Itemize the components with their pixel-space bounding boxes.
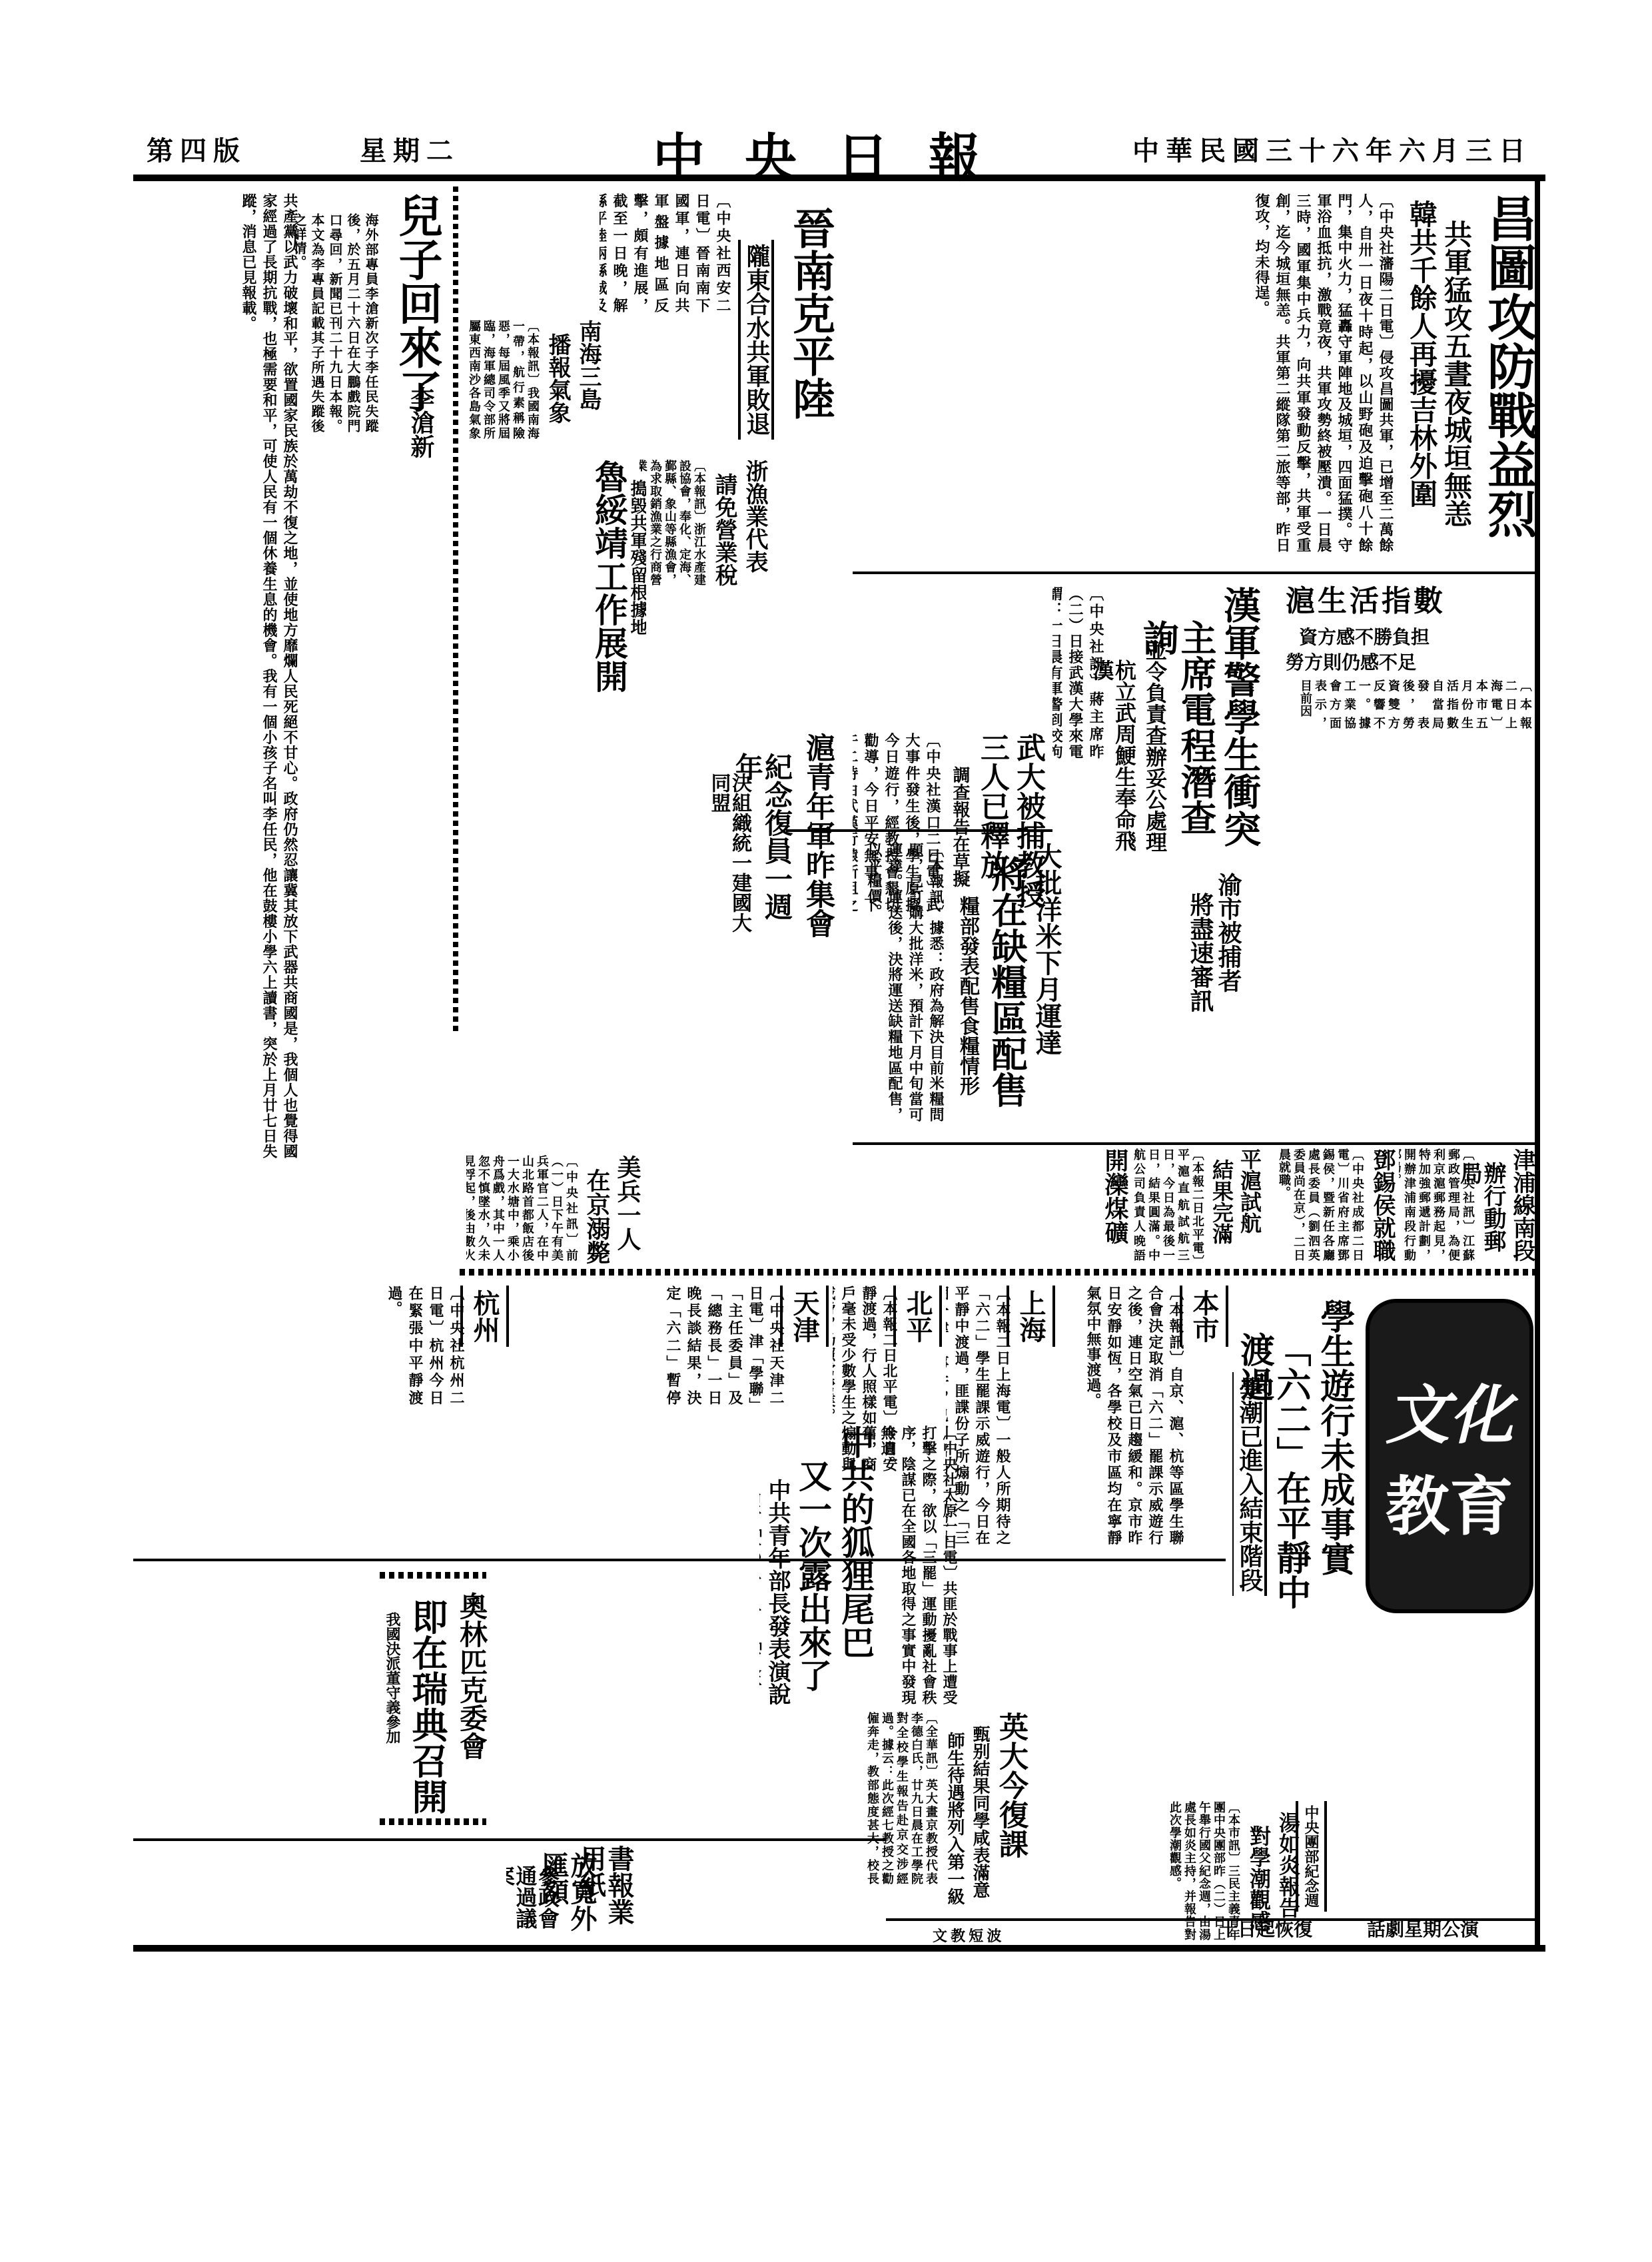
article-kailuan: 開灤煤礦 bbox=[1092, 1146, 1132, 1266]
article-body: 〔中央社成都二日電〕川省府主席鄧錫侯，暨新任各廳處長委員（劉泗英委員尚在京），二… bbox=[1266, 1148, 1364, 1262]
subheadline: 又一次露出來了 bbox=[795, 1459, 831, 1692]
city-body: 〔中央社杭州二日電〕杭州今日在緊張中平靜渡過。 bbox=[373, 1286, 466, 1405]
subheadline: 決組織統一建國大同盟 bbox=[708, 773, 750, 946]
subheadline: 我國決派董守義參加 bbox=[384, 1612, 400, 1744]
article-body: 〔本報二日北平電〕平滬直航試航三日，今日為最後一日，結果圓滿。中航公司負責人晚語… bbox=[1132, 1148, 1204, 1262]
article-jinnan: 晉南克平陸 隴東合水共軍敗退 〔中央社西安二日電〕晉南南下國軍，連日向共軍盤據地… bbox=[600, 187, 853, 446]
short-news-label: 文 bbox=[933, 1928, 947, 1945]
article-hankou-clash: 漢軍警學生衝突 主席電程潛查詢 並令負責查辦妥公處理 杭立武周鯁生奉命飛漢 〔中… bbox=[1052, 579, 1266, 866]
headline: 美兵一人 bbox=[614, 1155, 639, 1251]
article-nanhai: 南海三島 播報氣象 〔本報訊〕我國南海一帶，航行素稱險惡，每屆風季又將屆臨，海軍… bbox=[466, 313, 606, 446]
city-body: 〔中央社天津二日電〕津「學聯」「主任委員」及「總務長」一日晚長談結果，決定「六二… bbox=[666, 1286, 786, 1405]
city-body: 〔本報訊〕自京、滬、杭等區學生聯合會決定取消「六二」罷課示威遊行之後，連日空氣已… bbox=[1059, 1286, 1186, 1545]
article-chongqing: 渝市被捕者 將盡速審訊 bbox=[1186, 866, 1246, 1066]
headline: 英大今復課 bbox=[995, 1712, 1026, 1858]
article-body: 〔中央社西安二日電〕晉南南下國軍，連日向共軍盤據地區反擊，頗有進展，截至一日晚，… bbox=[600, 193, 733, 313]
headline: 昌圖攻防戰益烈 bbox=[1481, 193, 1533, 566]
subheadline: 學潮已進入結束階段 bbox=[1232, 1372, 1267, 1596]
article-short-news: 文 教 短 波 bbox=[933, 1925, 1013, 1945]
article-olympic: 奧林匹克委會 即在瑞典召開 我國決派董守義參加 bbox=[373, 1565, 493, 1832]
headline: 南海三島 bbox=[576, 320, 600, 410]
subheadline: 並令負責查辦妥公處理 bbox=[1143, 639, 1166, 853]
subheadline: 共軍猛攻五晝夜城垣無恙 bbox=[1442, 220, 1471, 528]
subheadline: 勞方則仍感不足 bbox=[1286, 653, 1416, 672]
article-intro: 海外部專員李滄新次子李任民失蹤後，於五月二十六日在大鵬戲院門口尋回，新聞已刊二十… bbox=[306, 213, 380, 433]
subheadline: 參政會通過議案 bbox=[506, 1865, 558, 1945]
subheadline: 隴東合水共軍敗退 bbox=[738, 240, 774, 440]
decorative-border bbox=[460, 1269, 1539, 1276]
headline: 大批洋米下月運達 bbox=[1032, 843, 1060, 1056]
article-us-soldier: 美兵一人 在京溺斃 〔中央社訊〕前（一）日下午有美兵軍官二人，在中山北路首都飯店… bbox=[466, 1152, 719, 1266]
article-zhejiang-fishery: 浙漁業代表 請免營業稅 〔本報訊〕浙江水產建設協會，奉化、定海、鄞縣、象山等縣漁… bbox=[639, 453, 773, 593]
article-youth-army: 滬青年軍昨集會 紀念復員一週年 決組織統一建國大同盟 bbox=[699, 726, 839, 946]
subheadline: 將盡速審訊 bbox=[1187, 893, 1212, 1012]
article-body: 〔本報訊〕我國南海一帶，航行素稱險惡，每屆風季又將屆臨，海軍總司令部所屬東西南沙… bbox=[466, 320, 540, 440]
headline: 中共的狐狸尾巴 bbox=[838, 1425, 873, 1659]
subheadline: 師生待遇將列入第一級 bbox=[945, 1732, 963, 1905]
subheadline: 甄别結果同學咸表滿意 bbox=[971, 1725, 989, 1898]
decorative-border bbox=[380, 1818, 486, 1825]
article-shandong: 魯綏靖工作展開 搗毀共軍殘留根據地 bbox=[586, 453, 646, 706]
page-border-bottom bbox=[133, 1945, 1545, 1952]
city-report-beijing-local: 本市 〔本報訊〕自京、滬、杭等區學生聯合會決定取消「六二」罷課示威遊行之後，連日… bbox=[1059, 1279, 1232, 1552]
article-body: 〔本報訊〕浙江水產建設協會，奉化、定海、鄞縣、象山等縣漁會，為求取銷漁業之行商營… bbox=[639, 460, 706, 586]
decorative-border bbox=[380, 1572, 486, 1579]
section-logo-top: 文化 bbox=[1386, 1365, 1513, 1456]
article-shanghai-index: 滬生活指數 資方感不勝負担 勞方則仍感不足 〔本報二日上海電〕本市五月份生活指數… bbox=[1266, 579, 1539, 733]
divider bbox=[853, 571, 1539, 574]
short-news-label: 教 bbox=[951, 1928, 965, 1945]
headline: 鄧錫侯就職 bbox=[1370, 1148, 1394, 1262]
masthead: 第四版 星期二 中央日報 中華民國三十六年六月三日 bbox=[147, 123, 1532, 177]
article-deng-xihou: 鄧錫侯就職 〔中央社成都二日電〕川省府主席鄧錫侯，暨新任各廳處長委員（劉泗英委員… bbox=[1266, 1146, 1399, 1266]
city-label: 杭州 bbox=[460, 1286, 509, 1347]
article-son-returned: 兒子回來了 李滄新 海外部專員李滄新次子李任民失蹤後，於五月二十六日在大鵬戲院門… bbox=[133, 187, 446, 1186]
city-report-tianjin: 天津 〔中央社天津二日電〕津「學聯」「主任委員」及「總務長」一日晚長談結果，決定… bbox=[666, 1279, 833, 1412]
subheadline: 即在瑞典召開 bbox=[408, 1599, 446, 1814]
headline: 浙漁業代表 bbox=[742, 460, 766, 573]
article-ccp-fox: 中共的狐狸尾巴 又一次露出來了 中共青年部長發表演說 望「六二」有「更好表現」 … bbox=[759, 1419, 959, 1712]
article-body: 〔中央社太原一日電〕共匪於戰事上遭受打擊之際，欲以「三罷」運動擾亂社會秩序，陰謀… bbox=[879, 1425, 959, 1705]
headline: 奧林匹克委會 bbox=[457, 1592, 486, 1760]
headline: 魯綏靖工作展開 bbox=[592, 460, 627, 693]
city-label: 天津 bbox=[780, 1286, 829, 1347]
article-yingda: 英大今復課 甄别結果同學咸表滿意 師生待遇將列入第一級 〔全華訊〕英大畫京教授代… bbox=[866, 1705, 1032, 1932]
headline: 滬生活指數 bbox=[1286, 586, 1445, 617]
author: 李滄新 bbox=[408, 386, 433, 458]
headline: 漢軍警學生衝突 bbox=[1220, 586, 1259, 847]
subheadline: 糧部發表配售食糧情形 bbox=[957, 896, 979, 1096]
article-jinpu: 津浦線南段 辦行動郵局 〔中央社訊〕江蘇郵政管理局，為便利京滬郵務起見，特加強郵… bbox=[1399, 1146, 1539, 1266]
subheadline: 搗毀共軍殘留根據地 bbox=[628, 480, 646, 635]
subheadline: 中共青年部長發表演說 bbox=[765, 1479, 789, 1705]
section-logo-bottom: 教育 bbox=[1386, 1456, 1513, 1547]
section-logo-culture-education: 文化 教育 bbox=[1366, 1299, 1533, 1613]
subheadline: 資方感不勝負担 bbox=[1299, 627, 1430, 647]
subheadline: 請免營業稅 bbox=[711, 473, 735, 586]
subheadline: 十日起恢復 bbox=[1219, 1920, 1312, 1939]
article-body: 〔全華訊〕英大畫京教授代表李德白氏，廿九日晨在工學院對全校學生報告赴京交涉經過。… bbox=[866, 1712, 938, 1885]
headline: 晉南克平陸 bbox=[788, 206, 833, 420]
decorative-border bbox=[453, 187, 458, 1032]
headline: 兒子回來了 bbox=[394, 193, 440, 413]
article-body: 〔中央社瀋陽二日電〕侵攻昌圖共軍，已增至二萬餘人，自卅一日夜十時起，以山野砲及迫… bbox=[1132, 193, 1396, 553]
headline: 話劇星期公演 bbox=[1367, 1920, 1479, 1939]
headline: 滬青年軍昨集會 bbox=[802, 733, 833, 938]
headline: 渝市被捕者 bbox=[1215, 873, 1240, 992]
article-body: 〔本報訊〕據悉：政府為解決目前米糧問題，已訂購大批洋米，預計下月中旬當可運達。運… bbox=[853, 843, 946, 1122]
article-education-headline: 學生遊行未成事實 「六二」在平靜中渡過 學潮已進入結束階段 bbox=[1232, 1292, 1359, 1612]
subheadline: 對學潮觀感 bbox=[1247, 1825, 1270, 1932]
short-news-label: 波 bbox=[987, 1928, 1001, 1945]
weekday: 星期二 bbox=[360, 130, 460, 168]
article-body: 〔中央社訊〕蔣主席昨（二）日接武漢大學來電謂：一日晨有軍警到校拘捕學生，致發生衝… bbox=[1052, 586, 1106, 759]
article-drama: 話劇星期公演 十日起恢復 bbox=[1166, 1918, 1485, 1945]
headline: 開灤煤礦 bbox=[1102, 1148, 1127, 1244]
city-report-shanghai: 上海 〔本報二日上海電〕一般人所期待之「六二」學生罷課示威遊行，今日在平靜中渡過… bbox=[946, 1279, 1059, 1552]
city-label: 上海 bbox=[1007, 1286, 1055, 1347]
article-changtu: 昌圖攻防戰益烈 共軍猛攻五晝夜城垣無恙 韓共千餘人再擾吉林外圍 〔中央社瀋陽二日… bbox=[1132, 187, 1539, 566]
article-body: 〔中央社訊〕前（一）日下午有美兵軍官二人，在中山北路首都飯店後一大水塘中，乘小舟… bbox=[466, 1155, 578, 1262]
headline: 津浦線南段 bbox=[1509, 1148, 1533, 1262]
headline: 學生遊行未成事實 bbox=[1316, 1299, 1352, 1576]
article-paper: 書報業用紙 放寬外匯額 參政會通過議案 bbox=[506, 1838, 639, 1945]
headline: 平滬試航 bbox=[1238, 1148, 1260, 1234]
city-report-hangzhou: 杭州 〔中央社杭州二日電〕杭州今日在緊張中平靜渡過。 bbox=[373, 1279, 513, 1412]
headline: 湯如炎報告 bbox=[1276, 1812, 1299, 1918]
article-rice: 大批洋米下月運達 將在缺糧區配售 糧部發表配售食糧情形 〔本報訊〕據悉：政府為解… bbox=[853, 836, 1066, 1142]
masthead-rule bbox=[133, 175, 1545, 181]
divider bbox=[853, 1142, 1539, 1145]
subheadline: 韓共千餘人再擾吉林外圍 bbox=[1407, 200, 1436, 508]
subheadline: 結果完滿 bbox=[1210, 1159, 1232, 1244]
issue-date: 中華民國三十六年六月三日 bbox=[1132, 130, 1532, 168]
subheadline: 將在缺糧區配售 bbox=[988, 856, 1026, 1108]
article-flight: 平滬試航 結果完滿 〔本報二日北平電〕平滬直航試航三日，今日為最後一日，結果圓滿… bbox=[1132, 1146, 1266, 1266]
city-label: 本市 bbox=[1180, 1286, 1228, 1347]
subheadline: 在京溺斃 bbox=[584, 1168, 609, 1264]
subheadline: 播報氣象 bbox=[545, 333, 569, 424]
article-body: 共產黨以武力破壞和平，欲置國家民族於萬劫不復之地，並使地方靡爛人民死絕不甘心。政… bbox=[133, 193, 300, 1159]
city-label: 北平 bbox=[893, 1286, 942, 1347]
article-body: 〔中央社訊〕江蘇郵政管理局，為便利京滬郵務起見，特加強郵遞計劃，開辦津浦南段行動… bbox=[1399, 1148, 1475, 1262]
divider bbox=[133, 1559, 1226, 1561]
article-body: 〔本報二日上海電〕本市五月份生活指數自當局發表後，勞資雙方反響不一。據工業協會方… bbox=[1279, 679, 1532, 729]
short-news-label: 短 bbox=[969, 1928, 983, 1945]
page-number: 第四版 bbox=[147, 130, 246, 168]
